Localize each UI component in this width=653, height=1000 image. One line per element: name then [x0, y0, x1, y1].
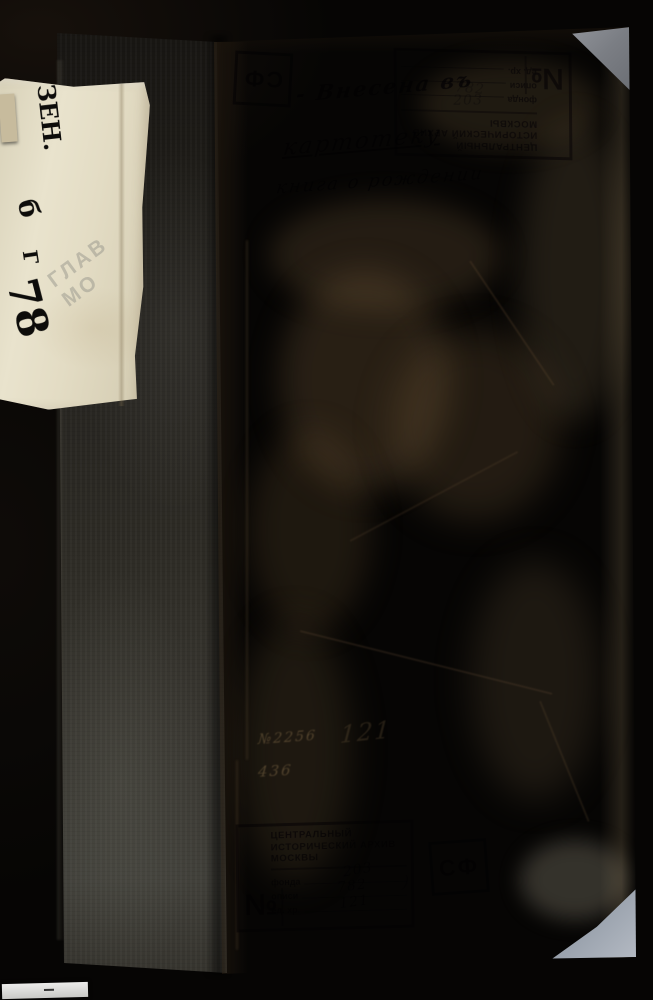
- cover-right-edge: [600, 30, 636, 960]
- label-fragment-4: 78: [0, 274, 55, 341]
- archive-stamp-bottom: № ЦЕНТРАЛЬНЫЙ ИСТОРИЧЕСКИЙ АРХИВ МОСКВЫ …: [235, 820, 414, 933]
- label-fold-shadow: [118, 84, 125, 406]
- stamp-field-label: описи: [271, 890, 298, 901]
- stamp-field-label: фонда: [271, 876, 301, 887]
- stamp-sf-top: СФ: [233, 51, 294, 108]
- stamp-field-label: ед. хр.: [508, 67, 537, 78]
- label-fragment-2: б: [13, 197, 43, 220]
- label-fragment-1: ЗЕН.: [33, 83, 64, 152]
- stamp-sf-bottom: СФ: [428, 838, 490, 896]
- spine-label: ЗЕН. б Г 78 ГЛАВ МО: [0, 78, 151, 412]
- label-watermark: ГЛАВ МО: [44, 233, 128, 312]
- cover-stain: [250, 430, 370, 630]
- book-cover-photo: ЗЕН. б Г 78 ГЛАВ МО СФ № ЦЕНТРАЛЬНЫЙ ИСТ…: [0, 0, 653, 1000]
- cover-stain: [470, 560, 600, 800]
- stamp-field-label: ед. хр.: [271, 904, 300, 915]
- pencil-note-3: 436: [257, 761, 293, 781]
- stamp-field-label: описи: [510, 81, 537, 92]
- scale-bar: [2, 982, 88, 999]
- pencil-note-2: 121: [339, 715, 393, 749]
- stamp-title-line: МОСКВЫ: [271, 850, 407, 865]
- stamp-field-label: фонда: [507, 95, 536, 106]
- label-fragment-3: Г: [20, 249, 42, 266]
